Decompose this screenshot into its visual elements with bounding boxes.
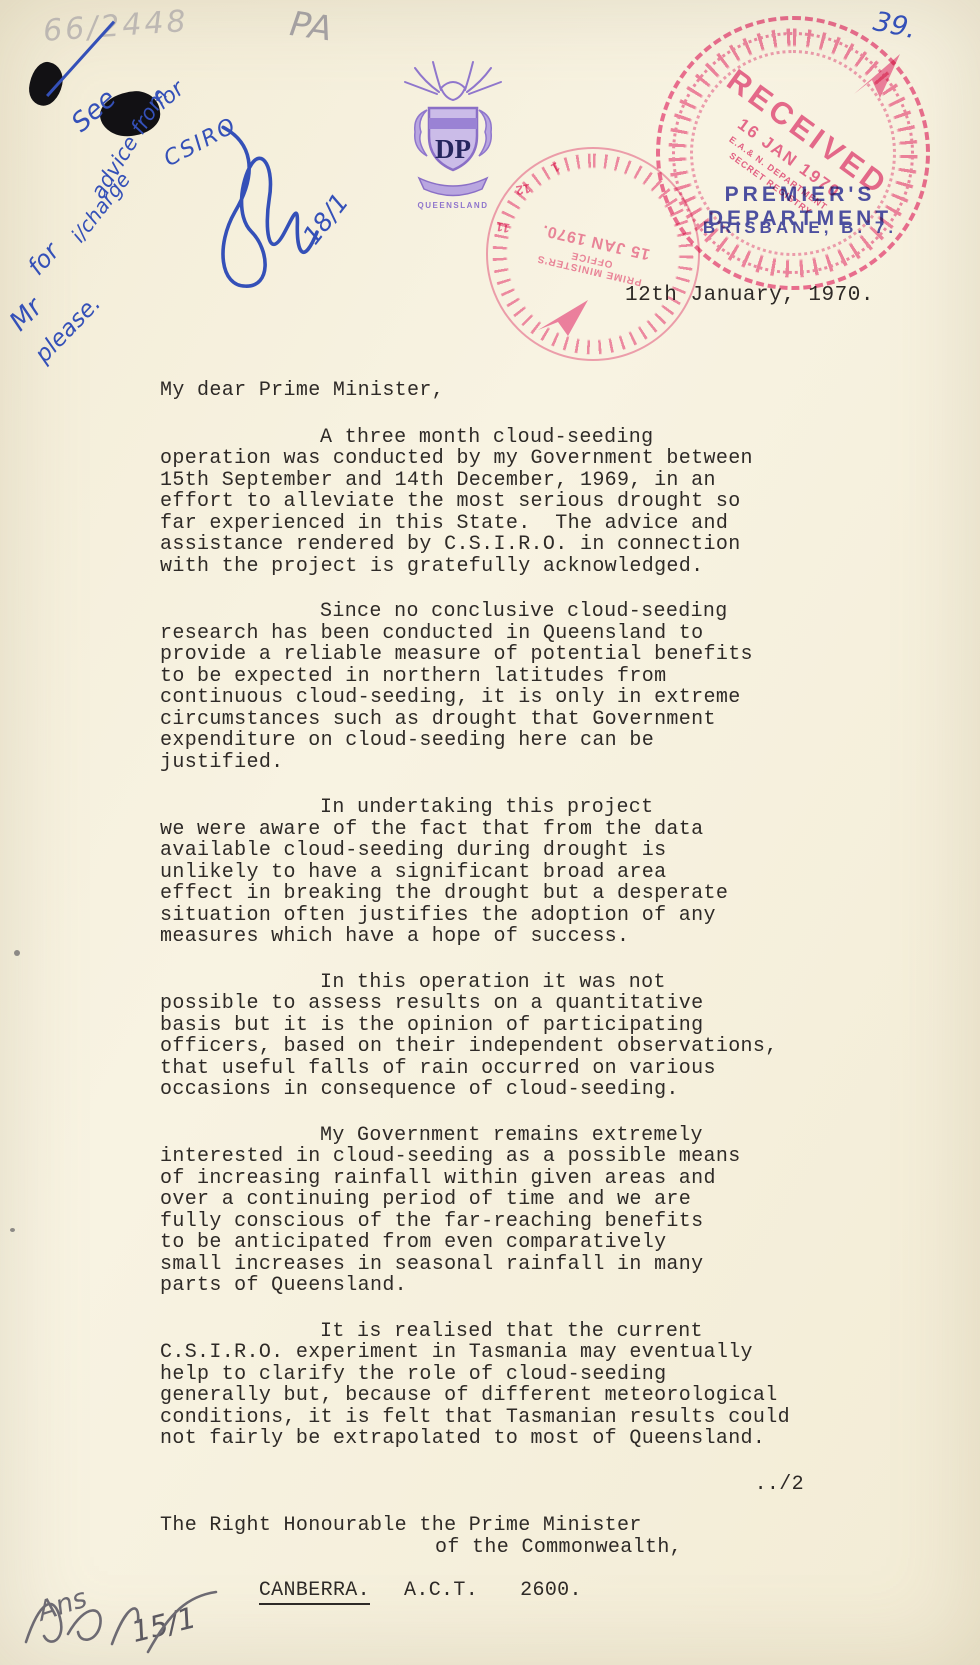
paragraph: Since no conclusive cloud-seeding resear…	[160, 601, 804, 773]
letter-body: My dear Prime Minister, A three month cl…	[160, 380, 804, 1623]
stamp-dial-number: 11	[495, 219, 511, 236]
continuation-marker: ../2	[160, 1474, 804, 1496]
paragraph: A three month cloud-seeding operation wa…	[160, 427, 804, 578]
scanned-letter-page: 66/2448 PA 39. See advice from for CSIRO…	[0, 0, 980, 1665]
signature-scribble	[176, 101, 339, 318]
addressee-postcode: 2600.	[520, 1579, 582, 1602]
addressee-line: The Right Honourable the Prime Minister	[160, 1515, 804, 1537]
addressee-line: CANBERRA.A.C.T.2600.	[160, 1558, 804, 1623]
stamp-arrow-icon	[534, 296, 592, 340]
pm-office-stamp: PRIME MINISTER'S OFFICE 15 JAN 1970.	[486, 147, 700, 361]
queensland-coat-of-arms: QUEENSLAND DP	[393, 58, 513, 218]
salutation: My dear Prime Minister,	[160, 380, 804, 402]
bottom-scribble	[20, 1582, 250, 1662]
paper-speck	[14, 950, 20, 956]
stamp-dial-number: 12	[515, 181, 532, 198]
addressee-territory: A.C.T.	[404, 1579, 478, 1602]
handwritten-note-for: for	[22, 237, 65, 280]
paper-speck	[10, 1228, 15, 1232]
paragraph: My Government remains extremely interest…	[160, 1125, 804, 1297]
paragraph: In this operation it was not possible to…	[160, 972, 804, 1101]
handwritten-note-please: please.	[30, 291, 106, 369]
file-number-annotation: 66/2448	[42, 4, 190, 49]
pa-annotation: PA	[287, 4, 334, 49]
addressee-line: of the Commonwealth,	[160, 1537, 804, 1559]
crest-motto-text: QUEENSLAND	[417, 201, 488, 210]
dp-initials-text: DP	[435, 134, 471, 164]
ink-blot	[26, 59, 66, 109]
handwritten-note-mr: Mr	[4, 293, 49, 338]
paragraph: It is realised that the current C.S.I.R.…	[160, 1321, 804, 1450]
page-number-annotation: 39.	[871, 6, 919, 45]
addressee-block: The Right Honourable the Prime Minister …	[160, 1515, 804, 1623]
addressee-city: CANBERRA.	[259, 1579, 370, 1605]
paragraph: In undertaking this project we were awar…	[160, 797, 804, 948]
stamp-arrow-icon	[850, 50, 906, 102]
